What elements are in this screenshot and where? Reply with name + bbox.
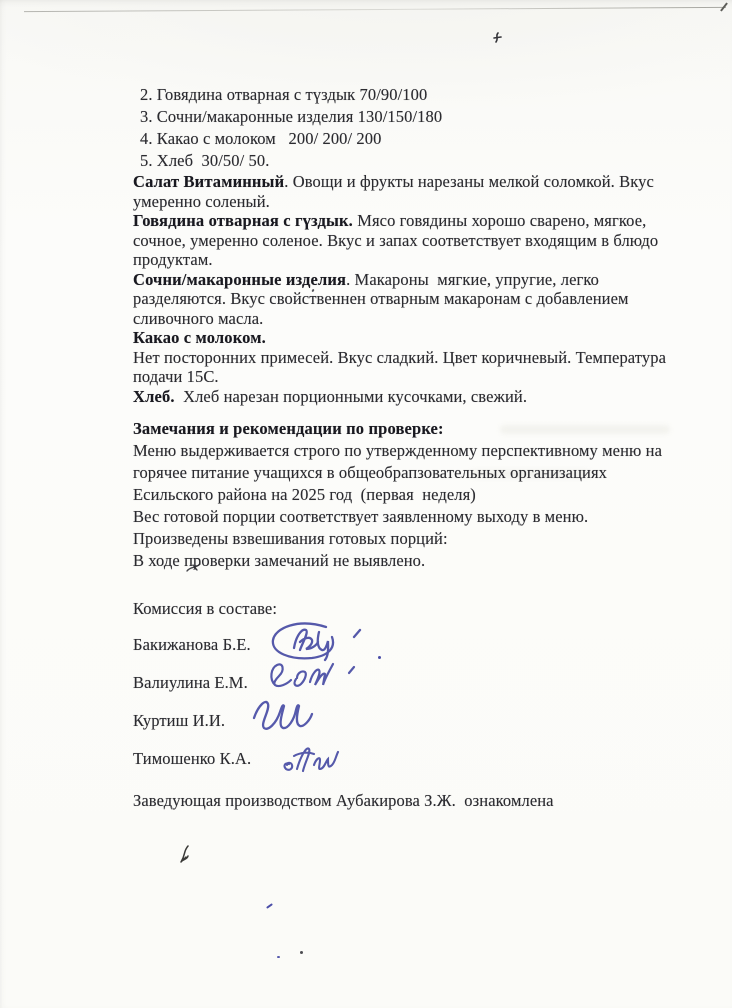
scanner-edge-line bbox=[24, 7, 726, 12]
dish-title: Салат Витаминный bbox=[133, 172, 284, 191]
document-body: 2. Говядина отварная с түздык 70/90/100 … bbox=[133, 84, 718, 811]
dish-title: Хлеб. bbox=[133, 387, 175, 406]
description-cocoa: Какао с молоком. Нет посторонних примесе… bbox=[133, 328, 718, 387]
description-lead: Говядина отварная с гүздык. Мясо говядин… bbox=[133, 211, 718, 231]
description-lead: Сочни/макаронные изделия. Макароны мягки… bbox=[133, 270, 718, 290]
menu-item: 5. Хлеб 30/50/ 50. bbox=[133, 150, 718, 172]
commission-member-row: Тимошенко К.А. bbox=[133, 748, 718, 786]
description-line: разделяются. Вкус свойственнен отварным … bbox=[133, 289, 718, 309]
member-name: Тимошенко К.А. bbox=[133, 749, 251, 768]
description-lead: Хлеб. Хлеб нарезан порционными кусочками… bbox=[133, 387, 718, 407]
signature-kurtish bbox=[250, 696, 316, 736]
commission-heading: Комиссия в составе: bbox=[133, 598, 718, 620]
description-line: продуктам. bbox=[133, 250, 718, 270]
description-line: Нет посторонних примесей. Вкус сладкий. … bbox=[133, 348, 718, 368]
remarks-line: Меню выдерживается строго по утвержденно… bbox=[133, 440, 718, 462]
dish-title: Сочни/макаронные изделия bbox=[133, 270, 346, 289]
scanner-edge-tick bbox=[720, 2, 728, 11]
signature-valiulina bbox=[265, 660, 357, 692]
menu-item: 4. Какао с молоком 200/ 200/ 200 bbox=[133, 128, 718, 150]
commission-members: Бакижанова Б.Е. Валиулина Е.М. bbox=[133, 634, 718, 786]
dish-title: Говядина отварная с гүздык. bbox=[133, 211, 353, 230]
remarks-line: В ходе проверки замечаний не выявлено. bbox=[133, 550, 718, 572]
signature-timoshenko bbox=[279, 742, 341, 776]
menu-item: 3. Сочни/макаронные изделия 130/150/180 bbox=[133, 106, 718, 128]
ink-speck bbox=[277, 956, 280, 958]
remarks-heading: Замечания и рекомендации по проверке: bbox=[133, 418, 718, 440]
ink-speck bbox=[300, 951, 303, 954]
commission-member-row: Куртиш И.И. bbox=[133, 710, 718, 748]
description-lead: Салат Витаминный. Овощи и фрукты нарезан… bbox=[133, 172, 718, 192]
member-name: Куртиш И.И. bbox=[133, 711, 225, 730]
description-beef: Говядина отварная с гүздык. Мясо говядин… bbox=[133, 211, 718, 270]
remarks-section: Замечания и рекомендации по проверке: Ме… bbox=[133, 418, 718, 572]
commission-member-row: Бакижанова Б.Е. bbox=[133, 634, 718, 672]
description-line: сочное, умеренно соленое. Вкус и запах с… bbox=[133, 231, 718, 251]
signature-bakizhanova bbox=[266, 620, 362, 664]
description-line: умеренно соленый. bbox=[133, 192, 718, 212]
description-pasta: Сочни/макаронные изделия. Макароны мягки… bbox=[133, 270, 718, 329]
ink-speck bbox=[492, 32, 504, 46]
member-name: Валиулина Е.М. bbox=[133, 673, 248, 692]
remarks-line: горячее питание учащихся в общеобрапзова… bbox=[133, 462, 718, 484]
member-name: Бакижанова Б.Е. bbox=[133, 635, 251, 654]
description-line: сливочного масла. bbox=[133, 309, 718, 329]
ink-speck bbox=[266, 903, 273, 909]
commission-member-row: Валиулина Е.М. bbox=[133, 672, 718, 710]
acknowledgement-line: Заведующая производством Аубакирова З.Ж.… bbox=[133, 790, 718, 811]
description-lead: Какао с молоком. bbox=[133, 328, 718, 348]
dish-title: Какао с молоком. bbox=[133, 328, 266, 347]
description-bread: Хлеб. Хлеб нарезан порционными кусочками… bbox=[133, 387, 718, 407]
scanned-document-page: 2. Говядина отварная с түздык 70/90/100 … bbox=[0, 0, 732, 1008]
description-line: подачи 15С. bbox=[133, 367, 718, 387]
remarks-line: Произведены взвешивания готовых порций: bbox=[133, 528, 718, 550]
pen-squiggle bbox=[178, 845, 192, 867]
remarks-line: Вес готовой порции соответствует заявлен… bbox=[133, 506, 718, 528]
remarks-line: Есильского района на 2025 год (первая не… bbox=[133, 484, 718, 506]
menu-item: 2. Говядина отварная с түздык 70/90/100 bbox=[133, 84, 718, 106]
description-salad: Салат Витаминный. Овощи и фрукты нарезан… bbox=[133, 172, 718, 211]
menu-list: 2. Говядина отварная с түздык 70/90/100 … bbox=[133, 84, 718, 172]
